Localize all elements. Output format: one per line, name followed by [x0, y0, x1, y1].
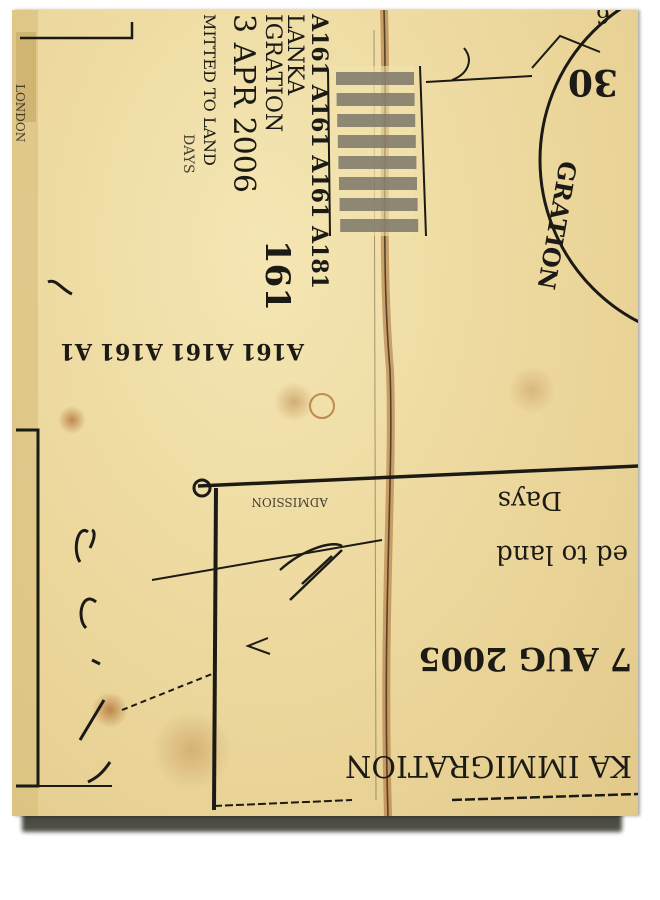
- artwork-mark: [338, 156, 416, 169]
- artwork-mark: GRATION: [532, 159, 583, 292]
- artwork-mark: LONDON: [13, 84, 27, 142]
- stain: [58, 406, 86, 434]
- artwork-mark: ed to land: [496, 539, 628, 569]
- artwork-mark: 7 AUG 2005: [418, 640, 632, 678]
- artwork-mark: [426, 48, 532, 82]
- artwork-mark: [274, 382, 314, 422]
- stamp-small-label: ADMISSION: [251, 495, 329, 509]
- artwork-mark: LONDON: [13, 84, 27, 142]
- artwork-mark: ed to land: [496, 539, 628, 569]
- artwork-mark: [122, 674, 212, 710]
- artwork-mark: Days: [498, 485, 562, 515]
- artwork-mark: 161: [257, 240, 297, 311]
- artwork-mark: MITTED TO LAND: [200, 14, 219, 166]
- artwork-mark: 30: [568, 61, 618, 103]
- product-photo: A161 A161 A161 A181 LANKA IGRATION 3 APR…: [0, 0, 660, 900]
- stamp-number: 161: [257, 240, 297, 311]
- artwork-mark: [310, 394, 334, 418]
- artwork-mark: [336, 72, 414, 85]
- artwork-mark: [338, 135, 416, 148]
- artwork-mark: [337, 114, 415, 127]
- stamp-sri-lanka-2006: A161 A161 A161 A181 LANKA IGRATION 3 APR…: [180, 13, 332, 289]
- artwork-mark: KA IMMIGRATION: [345, 748, 632, 783]
- artwork-mark: [81, 599, 96, 628]
- artwork-mark: 7 AUG 2005: [418, 640, 632, 678]
- artwork-mark: KA IMMIGRATION: [345, 748, 632, 783]
- stamp-serial-mirrored: A161 A161 A161 A1: [60, 338, 305, 364]
- artwork-mark: [248, 638, 270, 654]
- artwork-mark: A161 A161 A161 A1: [60, 338, 305, 364]
- artwork-mark: [340, 198, 418, 211]
- artwork-mark: [76, 530, 94, 562]
- artwork-mark: DAYS: [180, 134, 196, 174]
- artwork-mark: [194, 480, 210, 496]
- artwork-mark: Days: [498, 485, 562, 515]
- artwork-mark: [152, 710, 232, 790]
- artwork-mark: IGRATION: [260, 14, 285, 132]
- artwork-mark: 30: [568, 61, 618, 103]
- artwork-mark: [508, 366, 556, 414]
- artwork-mark: [339, 177, 417, 190]
- artwork-mark: [214, 800, 352, 806]
- artwork-mark: [452, 794, 638, 800]
- stamp-round-immigration: 30 GRATION 9: [532, 10, 638, 342]
- cover-artwork: A161 A161 A161 A181 LANKA IGRATION 3 APR…: [12, 10, 638, 816]
- artwork-mark: 3 APR 2006: [226, 14, 261, 193]
- artwork-mark: [48, 281, 72, 294]
- notebook-cover: A161 A161 A161 A181 LANKA IGRATION 3 APR…: [12, 10, 638, 816]
- artwork-mark: [340, 219, 418, 232]
- artwork-mark: 9: [596, 10, 610, 30]
- artwork-mark: [214, 488, 216, 810]
- artwork-mark: [198, 466, 638, 486]
- artwork-mark: [152, 540, 382, 580]
- artwork-mark: GRATION: [532, 159, 583, 292]
- artwork-mark: [420, 66, 426, 236]
- artwork-mark: ADMISSION: [251, 495, 329, 509]
- artwork-mark: [92, 660, 100, 664]
- artwork-mark: [337, 93, 415, 106]
